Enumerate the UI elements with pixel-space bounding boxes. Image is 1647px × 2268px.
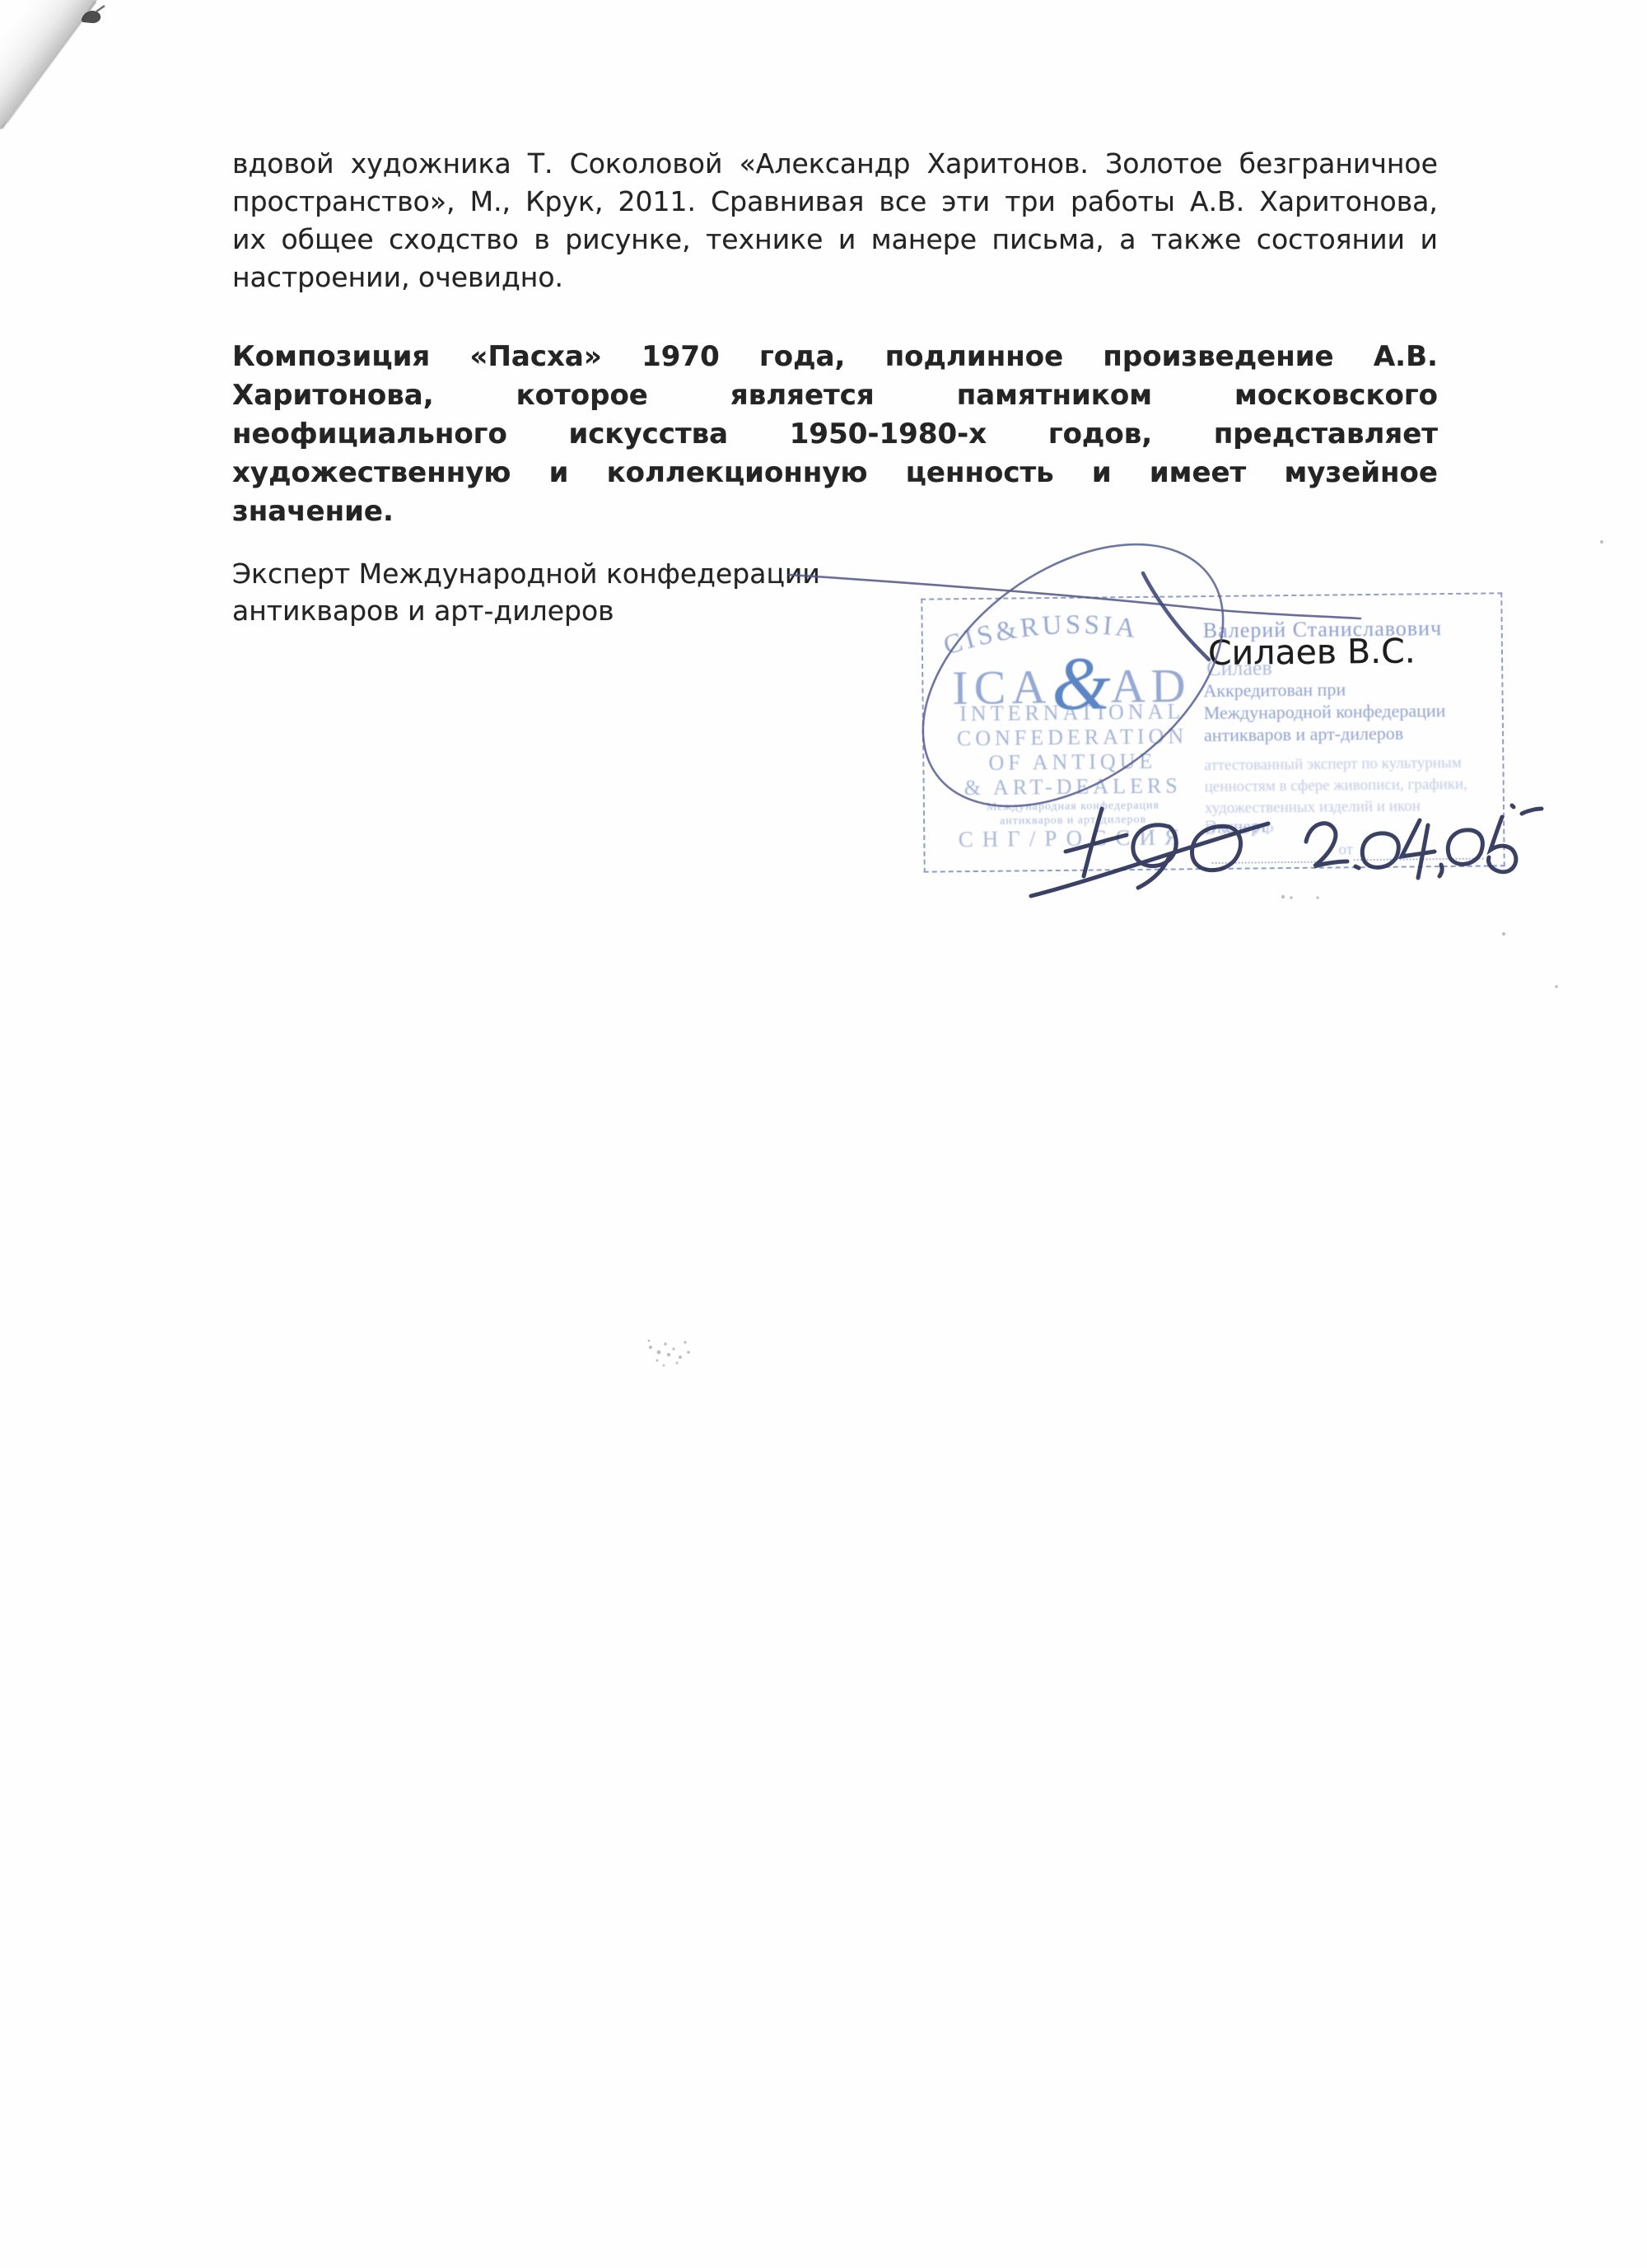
stamp-ot-fragment: от bbox=[1338, 841, 1353, 859]
stamp-fill-in-line-date bbox=[1354, 858, 1484, 861]
stamp-org-name-en: INTERNATIONALCONFEDERATIONOF ANTIQUE& AR… bbox=[932, 699, 1213, 801]
scanned-document-page: { "p1": { "lines": [ "вдовой художника Т… bbox=[0, 0, 1647, 2268]
expert-title-line2: антикваров и арт-дилеров bbox=[232, 592, 973, 629]
fold-dark-mark bbox=[82, 11, 100, 23]
expert-title-line1: Эксперт Международной конфедерации bbox=[232, 555, 973, 592]
stamp-fill-in-line-number bbox=[1212, 861, 1329, 864]
expert-name-printed: Силаев В.С. bbox=[1208, 631, 1416, 673]
stamp-expert-word-fragment: Эксперт bbox=[1205, 815, 1268, 838]
stamp-region-line: СНГ/РОССИЯ bbox=[933, 824, 1213, 853]
page-fold-corner bbox=[0, 0, 105, 130]
stamp-accreditation-lines: Аккредитован приМеждународной конфедерац… bbox=[1203, 676, 1500, 746]
paragraph-conclusion-bold: Композиция«Пасха»1970года,подлинноепроиз… bbox=[232, 338, 1438, 531]
paragraph-comparison: вдовойхудожникаТ.Соколовой«АлександрХари… bbox=[232, 145, 1438, 296]
expert-title-block: Эксперт Международной конфедерации антик… bbox=[232, 555, 973, 629]
rubber-stamp: ICA&AD INTERNATIONALCONFEDERATIONOF ANTI… bbox=[921, 592, 1505, 872]
